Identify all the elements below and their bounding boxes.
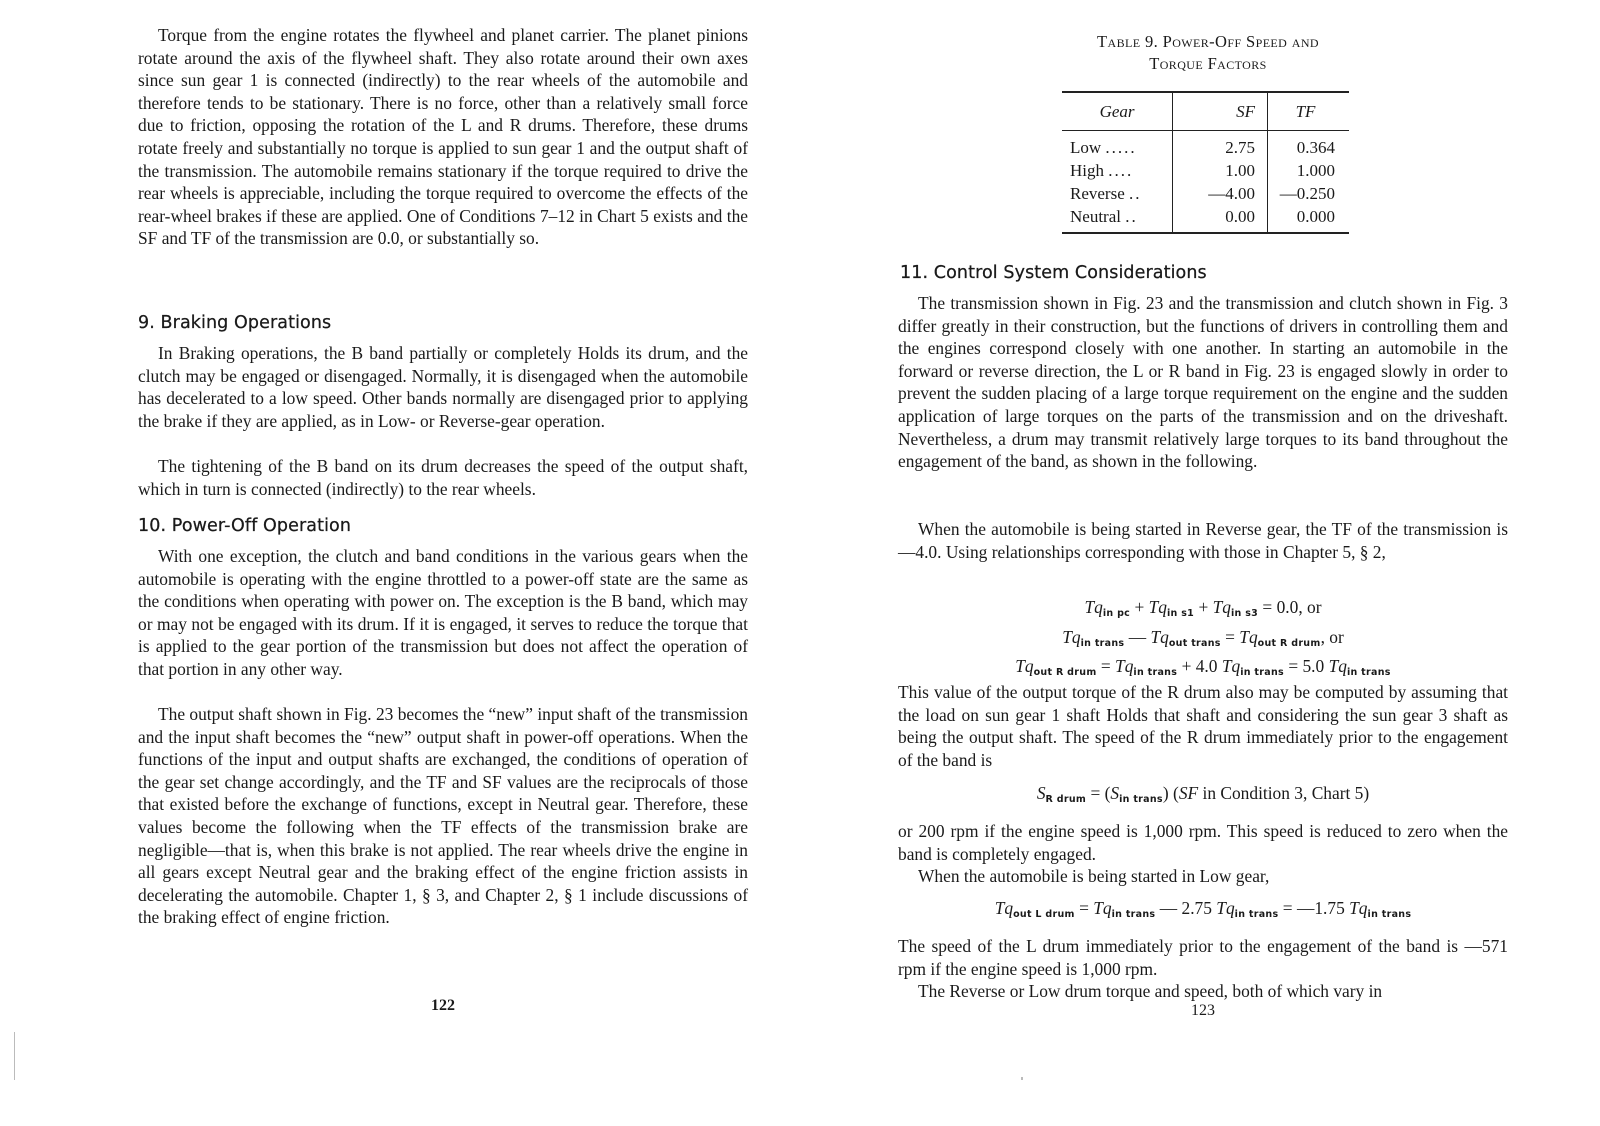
eq-symbol: Tq [1213, 597, 1231, 617]
eq-subscript: in pc [1103, 608, 1130, 619]
eq-symbol: Tq [995, 898, 1013, 918]
equation-reverse-torque: Tqin pc + Tqin s1 + Tqin s3 = 0.0, or Tq… [898, 596, 1508, 685]
section-11-paragraph-3: This value of the output torque of the R… [898, 681, 1508, 771]
section-11-paragraph-1: The transmission shown in Fig. 23 and th… [898, 292, 1508, 473]
eq-symbol: S [1037, 783, 1046, 803]
eq-rest: , or [1321, 627, 1344, 647]
eq-symbol: Tq [1150, 627, 1168, 647]
eq-subscript: in trans [1112, 909, 1156, 920]
eq-rest: ) ( [1163, 783, 1179, 803]
eq-subscript: out R drum [1034, 667, 1097, 678]
eq-operator: = [1075, 898, 1094, 918]
eq-symbol: Tq [1115, 656, 1133, 676]
left-page: Torque from the engine rotates the flywh… [138, 0, 748, 1126]
eq-rest: = 0.0, or [1258, 597, 1321, 617]
scan-artifact [14, 1032, 15, 1080]
eq-subscript: in s3 [1231, 608, 1258, 619]
eq-symbol: Tq [1216, 898, 1234, 918]
equation-line-2: Tqin trans — Tqout trans = Tqout R drum,… [898, 626, 1508, 656]
equation-line-1: Tqin pc + Tqin s1 + Tqin s3 = 0.0, or [898, 596, 1508, 626]
eq-operator: + [1130, 597, 1149, 617]
page-number-right: 123 [898, 1002, 1508, 1020]
eq-operator: = 5.0 [1284, 656, 1329, 676]
eq-subscript: in trans [1081, 638, 1125, 649]
eq-operator: = —1.75 [1278, 898, 1349, 918]
section-11-paragraph-6: The speed of the L drum immediately prio… [898, 935, 1508, 980]
section-11-paragraph-4: or 200 rpm if the engine speed is 1,000 … [898, 820, 1508, 865]
eq-symbol: Tq [1239, 627, 1257, 647]
eq-subscript: in trans [1240, 667, 1284, 678]
eq-subscript: out R drum [1258, 638, 1321, 649]
eq-symbol: SF [1179, 783, 1198, 803]
eq-symbol: Tq [1062, 627, 1080, 647]
eq-operator: = [1221, 627, 1240, 647]
eq-subscript: in trans [1133, 667, 1177, 678]
eq-symbol: Tq [1222, 656, 1240, 676]
eq-subscript: in trans [1368, 909, 1412, 920]
eq-subscript: in trans [1347, 667, 1391, 678]
eq-operator: + 4.0 [1177, 656, 1222, 676]
eq-operator: + [1194, 597, 1213, 617]
eq-symbol: Tq [1093, 898, 1111, 918]
eq-operator: — 2.75 [1155, 898, 1216, 918]
eq-rest: in Condition 3, Chart 5) [1198, 783, 1369, 803]
eq-subscript: in trans [1119, 794, 1163, 805]
section-9-paragraph-1: In Braking operations, the B band partia… [138, 342, 748, 432]
eq-subscript: R drum [1046, 794, 1087, 805]
eq-operator: = [1097, 656, 1116, 676]
equation-l-drum-torque: Tqout L drum = Tqin trans — 2.75 Tqin tr… [898, 897, 1508, 927]
section-11-paragraph-2: When the automobile is being started in … [898, 518, 1508, 563]
eq-symbol: Tq [1015, 656, 1033, 676]
section-11-paragraph-5: When the automobile is being started in … [898, 865, 1508, 888]
equation-r-drum-speed: SR drum = (Sin trans) (SF in Condition 3… [898, 782, 1508, 812]
section-10-paragraph-1: With one exception, the clutch and band … [138, 545, 748, 681]
eq-symbol: Tq [1149, 597, 1167, 617]
right-page: 11. Control System Considerations The tr… [898, 0, 1508, 1126]
eq-operator: — [1124, 627, 1150, 647]
eq-symbol: Tq [1329, 656, 1347, 676]
eq-subscript: out trans [1169, 638, 1221, 649]
eq-symbol: Tq [1349, 898, 1367, 918]
section-10-heading: 10. Power-Off Operation [138, 516, 351, 536]
section-9-paragraph-2: The tightening of the B band on its drum… [138, 455, 748, 500]
eq-subscript: out L drum [1013, 909, 1075, 920]
eq-operator: = ( [1086, 783, 1110, 803]
section-11-paragraph-7: The Reverse or Low drum torque and speed… [898, 980, 1508, 1003]
page-number-left: 122 [138, 997, 748, 1015]
scan-artifact [1021, 1077, 1023, 1080]
section-9-heading: 9. Braking Operations [138, 313, 331, 333]
section-11-heading: 11. Control System Considerations [900, 263, 1207, 283]
eq-subscript: in trans [1235, 909, 1279, 920]
intro-paragraph: Torque from the engine rotates the flywh… [138, 24, 748, 250]
eq-subscript: in s1 [1167, 608, 1194, 619]
section-10-paragraph-2: The output shaft shown in Fig. 23 become… [138, 703, 748, 929]
eq-symbol: S [1110, 783, 1119, 803]
eq-symbol: Tq [1084, 597, 1102, 617]
